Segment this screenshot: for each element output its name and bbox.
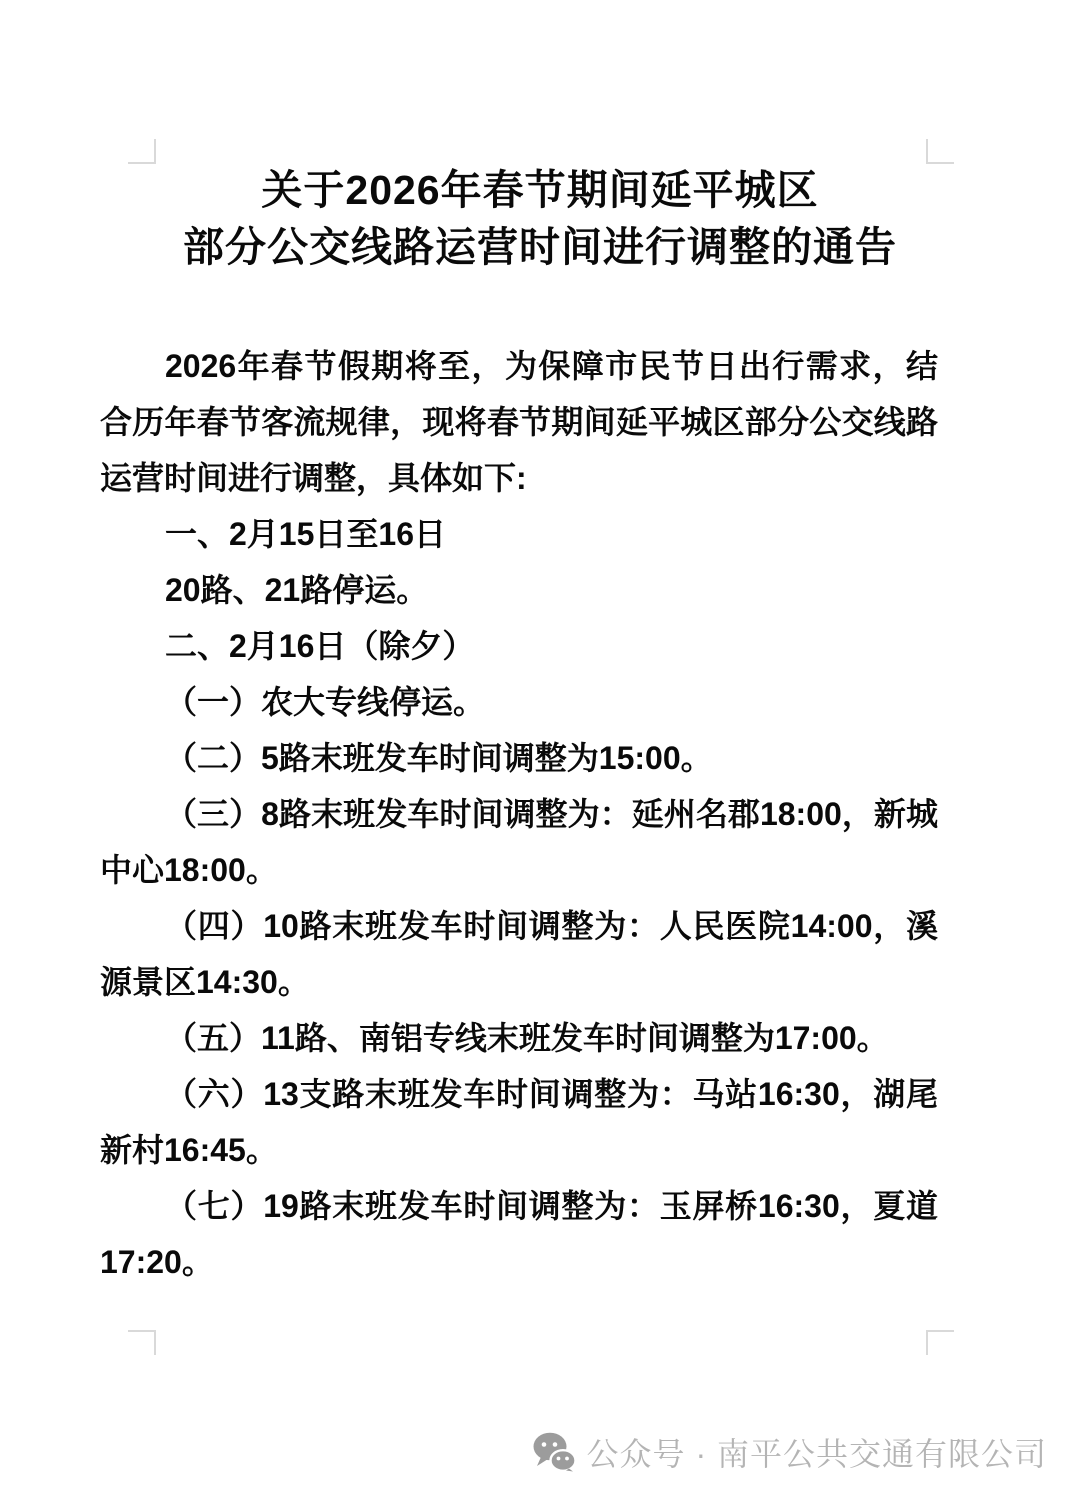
corner-mark-top-left: [128, 139, 156, 164]
document-title: 关于2026年春节期间延平城区 部分公交线路运营时间进行调整的通告: [0, 162, 1080, 276]
document-body: 2026年春节假期将至，为保障市民节日出行需求，结合历年春节客流规律，现将春节期…: [100, 338, 938, 1290]
paragraph: （六）13支路末班发车时间调整为：马站16:30，湖尾新村16:45。: [100, 1066, 938, 1178]
paragraph: 一、2月15日至16日: [100, 506, 938, 562]
corner-mark-top-right: [926, 139, 954, 164]
corner-mark-bottom-right: [926, 1330, 954, 1355]
paragraph: （二）5路末班发车时间调整为15:00。: [100, 730, 938, 786]
wechat-icon: [533, 1432, 575, 1472]
notice-page: 关于2026年春节期间延平城区 部分公交线路运营时间进行调整的通告 2026年春…: [0, 0, 1080, 1496]
paragraph: （四）10路末班发车时间调整为：人民医院14:00，溪源景区14:30。: [100, 898, 938, 1010]
paragraph: 二、2月16日（除夕）: [100, 618, 938, 674]
paragraph: （一）农大专线停运。: [100, 674, 938, 730]
document-title-line-1: 关于2026年春节期间延平城区: [0, 162, 1080, 219]
paragraph: 20路、21路停运。: [100, 562, 938, 618]
footer-watermark: 公众号 · 南平公共交通有限公司: [533, 1424, 1047, 1480]
paragraph: （三）8路末班发车时间调整为：延州名郡18:00，新城中心18:00。: [100, 786, 938, 898]
corner-mark-bottom-left: [128, 1330, 156, 1355]
paragraph: 2026年春节假期将至，为保障市民节日出行需求，结合历年春节客流规律，现将春节期…: [100, 338, 938, 506]
paragraph: （五）11路、南铝专线末班发车时间调整为17:00。: [100, 1010, 938, 1066]
paragraph: （七）19路末班发车时间调整为：玉屏桥16:30，夏道17:20。: [100, 1178, 938, 1290]
document-title-line-2: 部分公交线路运营时间进行调整的通告: [0, 219, 1080, 276]
footer-account-label: 公众号 · 南平公共交通有限公司: [587, 1429, 1047, 1475]
